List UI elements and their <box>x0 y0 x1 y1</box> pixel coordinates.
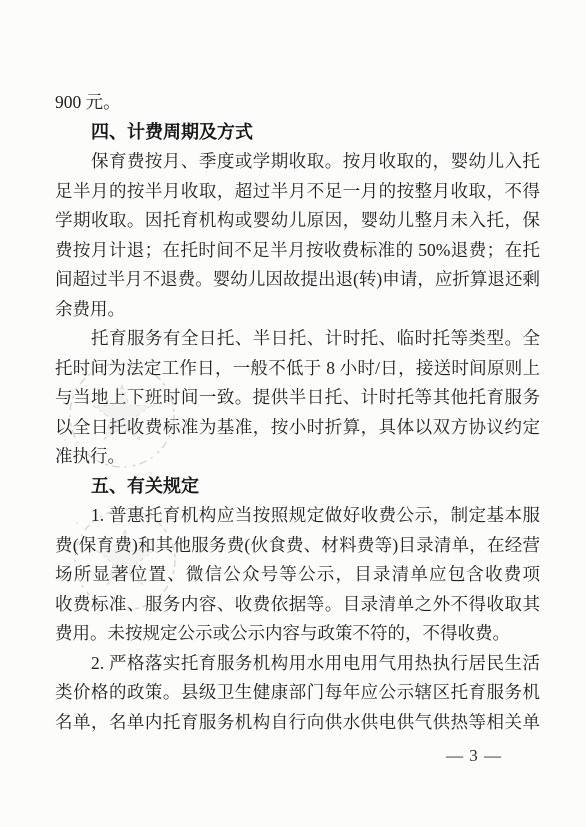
text-line: 托时间为法定工作日，一般不低于 8 小时/日，接送时间原则上 <box>55 354 540 384</box>
text-line: 托育服务有全日托、半日托、计时托、临时托等类型。全日 <box>55 324 540 354</box>
page-number: — 3 — <box>446 745 502 767</box>
text-line: 与当地上下班时间一致。提供半日托、计时托等其他托育服务可 <box>55 383 540 413</box>
text-line: 2. 严格落实托育服务机构用水用电用气用热执行居民生活 <box>55 649 540 679</box>
text-line: 费(保育费)和其他服务费(伙食费、材料费等)目录清单，在经营 <box>55 531 540 561</box>
text-line: 余费用。 <box>55 295 540 325</box>
text-line: 学期收取。因托育机构或婴幼儿原因，婴幼儿整月未入托，保育 <box>55 206 540 236</box>
text-line: 费用。未按规定公示或公示内容与政策不符的，不得收费。 <box>55 619 540 649</box>
text-line: 足半月的按半月收取，超过半月不足一月的按整月收取，不得跨 <box>55 177 540 207</box>
text-line: 费按月计退；在托时间不足半月按收费标准的 50%退费；在托时 <box>55 236 540 266</box>
text-line: 保育费按月、季度或学期收取。按月收取的，婴幼儿入托不 <box>55 147 540 177</box>
document-body: 900 元。 四、计费周期及方式 保育费按月、季度或学期收取。按月收取的，婴幼儿… <box>55 88 540 737</box>
text-line: 准执行。 <box>55 442 540 472</box>
text-line: 间超过半月不退费。婴幼儿因故提出退(转)申请，应折算退还剩 <box>55 265 540 295</box>
text-line: 900 元。 <box>55 88 540 118</box>
scanned-document-page: 900 元。 四、计费周期及方式 保育费按月、季度或学期收取。按月收取的，婴幼儿… <box>0 0 586 827</box>
text-line: 收费标准、服务内容、收费依据等。目录清单之外不得收取其他 <box>55 590 540 620</box>
text-line: 类价格的政策。县级卫生健康部门每年应公示辖区托育服务机构 <box>55 678 540 708</box>
section-heading: 五、有关规定 <box>55 472 540 502</box>
text-line: 以全日托收费标准为基准，按小时折算，具体以双方协议约定标 <box>55 413 540 443</box>
text-line: 名单，名单内托育服务机构自行向供水供电供气供热等相关单位 <box>55 708 540 738</box>
section-heading: 四、计费周期及方式 <box>55 118 540 148</box>
text-line: 场所显著位置、微信公众号等公示，目录清单应包含收费项目、 <box>55 560 540 590</box>
text-line: 1. 普惠托育机构应当按照规定做好收费公示，制定基本服务 <box>55 501 540 531</box>
